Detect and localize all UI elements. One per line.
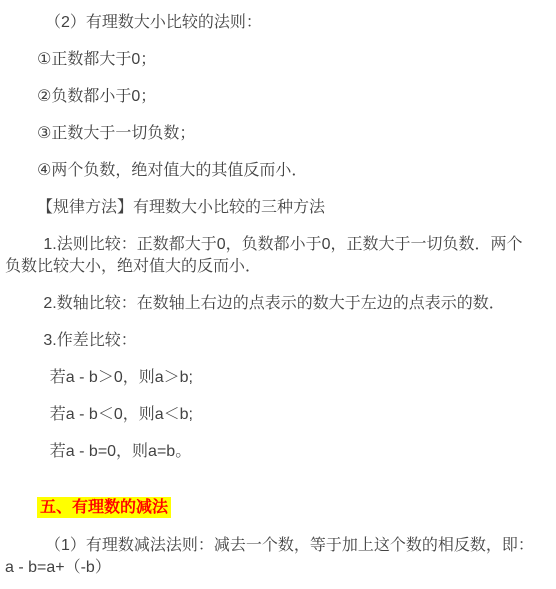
section-gap <box>5 478 548 496</box>
case-greater-than: 若a - b＞0，则a＞b; <box>5 367 548 389</box>
method-1-line-1: 1.法则比较：正数都大于0，负数都小于0，正数大于一切负数．两个 <box>43 236 522 253</box>
comparison-intro: （2）有理数大小比较的法则： <box>5 12 548 34</box>
comparison-rule-2: ②负数都小于0； <box>5 86 548 108</box>
method-2-number-line-comparison: 2.数轴比较：在数轴上右边的点表示的数大于左边的点表示的数． <box>5 293 548 315</box>
case-less-than: 若a - b＜0，则a＜b; <box>5 404 548 426</box>
comparison-rule-3: ③正数大于一切负数； <box>5 123 548 145</box>
subtraction-rule-formula: a - b=a+（-b） <box>5 559 111 576</box>
case-equal: 若a - b=0，则a=b。 <box>5 441 548 463</box>
document-page: （2）有理数大小比较的法则： ①正数都大于0； ②负数都小于0； ③正数大于一切… <box>0 0 556 589</box>
subtraction-section-heading: 五、有理数的减法 <box>5 496 548 520</box>
subtraction-rule-line-1: （1）有理数减法法则：减去一个数，等于加上这个数的相反数，即： <box>45 537 534 554</box>
methods-title: 【规律方法】有理数大小比较的三种方法 <box>5 197 548 219</box>
method-3-difference-comparison: 3.作差比较： <box>5 330 548 352</box>
subtraction-section-title: 五、有理数的减法 <box>37 497 171 518</box>
comparison-rule-4: ④两个负数，绝对值大的其值反而小． <box>5 160 548 182</box>
subtraction-rule: （1）有理数减法法则：减去一个数，等于加上这个数的相反数，即：a - b=a+（… <box>5 535 548 579</box>
comparison-rule-1: ①正数都大于0； <box>5 49 548 71</box>
method-1-line-2: 负数比较大小，绝对值大的反而小． <box>5 258 261 275</box>
method-1-rule-comparison: 1.法则比较：正数都大于0，负数都小于0，正数大于一切负数．两个负数比较大小，绝… <box>5 234 548 278</box>
